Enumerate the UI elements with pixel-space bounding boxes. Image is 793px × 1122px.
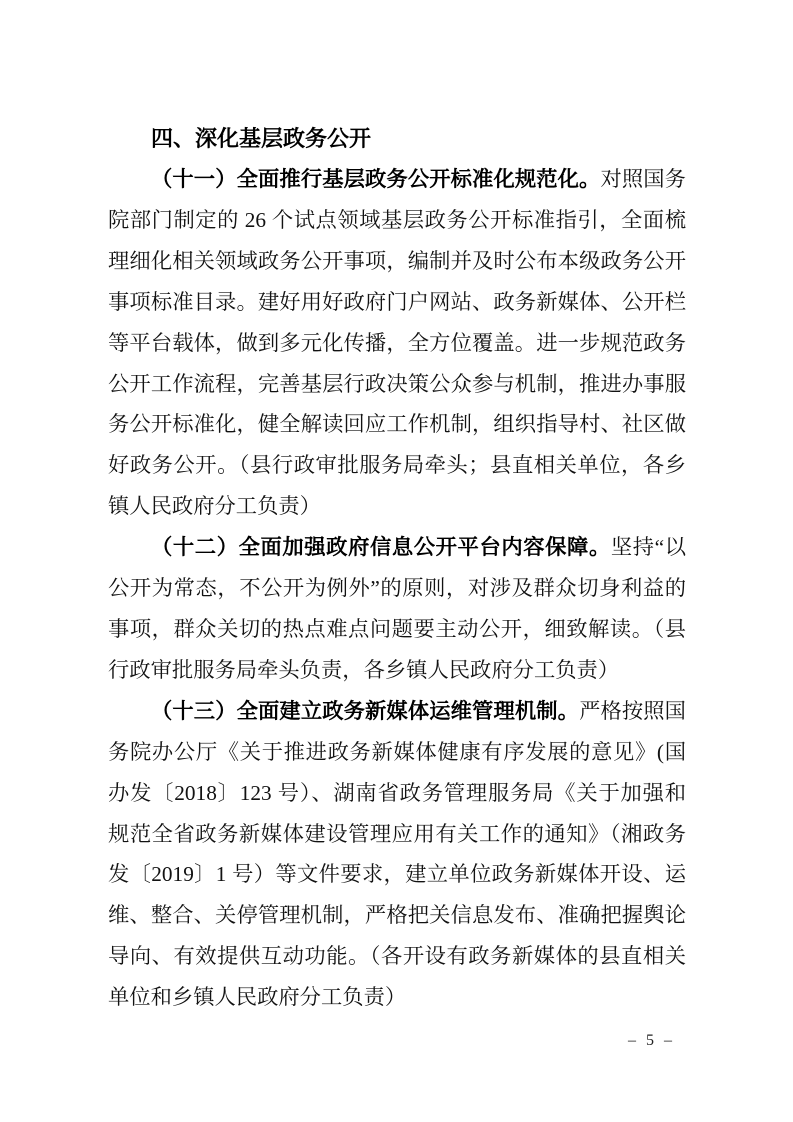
paragraph-item-12-lead: （十二）全面加强政府信息公开平台内容保障。 bbox=[151, 535, 611, 559]
paragraph-item-13-lead: （十三）全面建立政务新媒体运维管理机制。 bbox=[151, 699, 579, 723]
paragraph-item-13-body: 严格按照国务院办公厅《关于推进政务新媒体健康有序发展的意见》(国办发〔2018〕… bbox=[108, 699, 686, 1009]
page-number: – 5 – bbox=[628, 1030, 675, 1052]
paragraph-item-11-lead: （十一）全面推行基层政务公开标准化规范化。 bbox=[151, 167, 600, 191]
document-page: 四、深化基层政务公开 （十一）全面推行基层政务公开标准化规范化。对照国务院部门制… bbox=[0, 0, 793, 1122]
paragraph-item-13: （十三）全面建立政务新媒体运维管理机制。严格按照国务院办公厅《关于推进政务新媒体… bbox=[108, 691, 686, 1018]
paragraph-item-11-body: 对照国务院部门制定的 26 个试点领域基层政务公开标准指引，全面梳理细化相关领域… bbox=[108, 167, 686, 518]
section-heading: 四、深化基层政务公开 bbox=[108, 118, 686, 159]
paragraph-item-11: （十一）全面推行基层政务公开标准化规范化。对照国务院部门制定的 26 个试点领域… bbox=[108, 159, 686, 527]
paragraph-item-12: （十二）全面加强政府信息公开平台内容保障。坚持“以公开为常态，不公开为例外”的原… bbox=[108, 527, 686, 691]
document-content: 四、深化基层政务公开 （十一）全面推行基层政务公开标准化规范化。对照国务院部门制… bbox=[108, 118, 686, 1018]
